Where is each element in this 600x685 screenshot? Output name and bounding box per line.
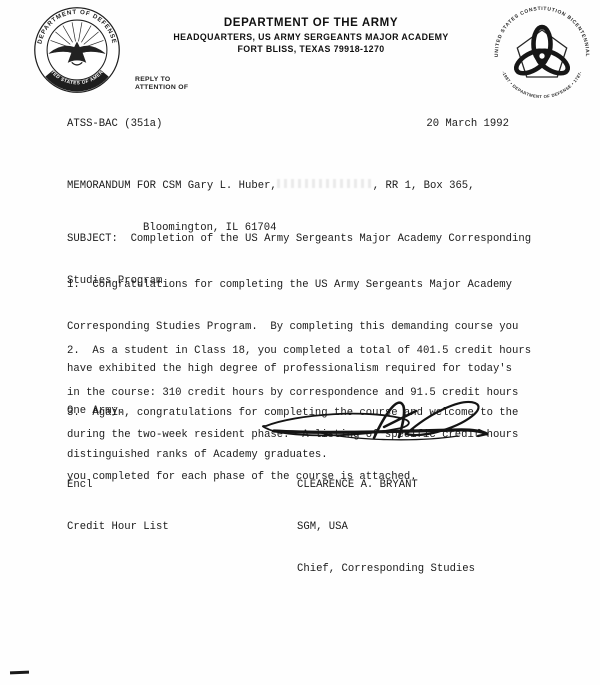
redacted-text	[277, 179, 373, 188]
enclosure-item: Credit Hour List	[67, 520, 169, 534]
letterhead-subtitle: HEADQUARTERS, US ARMY SERGEANTS MAJOR AC…	[130, 32, 492, 42]
subject-line1: SUBJECT: Completion of the US Army Serge…	[67, 232, 531, 246]
enclosure-block: Encl Credit Hour List	[67, 450, 169, 562]
letterhead-title: DEPARTMENT OF THE ARMY	[130, 17, 492, 29]
signer-name: CLEARENCE A. BRYANT	[297, 478, 475, 492]
memorandum-address1: , RR 1, Box 365,	[373, 180, 475, 192]
letterhead-address: FORT BLISS, TEXAS 79918-1270	[130, 44, 492, 54]
scan-artifact-mark	[10, 671, 29, 674]
handwritten-signature	[256, 396, 494, 452]
office-symbol: ATSS-BAC (351a)	[67, 117, 162, 131]
signature-block: CLEARENCE A. BRYANT SGM, USA Chief, Corr…	[297, 450, 475, 604]
department-of-defense-seal-icon: DEPARTMENT OF DEFENSE UNITED STATES OF A…	[33, 6, 121, 94]
signer-rank: SGM, USA	[297, 520, 475, 534]
memorandum-line1: MEMORANDUM FOR CSM Gary L. Huber,, RR 1,…	[67, 179, 475, 193]
memorandum-addressee: MEMORANDUM FOR CSM Gary L. Huber,	[67, 180, 277, 192]
letterhead: DEPARTMENT OF THE ARMY HEADQUARTERS, US …	[130, 17, 492, 54]
reference-row: ATSS-BAC (351a) 20 March 1992	[67, 117, 509, 131]
enclosure-label: Encl	[67, 478, 169, 492]
reply-to-line1: REPLY TO	[135, 76, 188, 84]
scanned-memo-page: DEPARTMENT OF DEFENSE UNITED STATES OF A…	[0, 0, 600, 685]
paragraph-1-line: 1. Congratulations for completing the US…	[67, 278, 518, 292]
letter-date: 20 March 1992	[426, 117, 509, 131]
reply-to-attention-of: REPLY TO ATTENTION OF	[135, 76, 188, 91]
pentagon-outline	[517, 30, 566, 77]
paragraph-2-line: 2. As a student in Class 18, you complet…	[67, 344, 531, 358]
reply-to-line2: ATTENTION OF	[135, 84, 188, 92]
trefoil-knot-icon	[513, 27, 572, 78]
constitution-bicentennial-seal-icon: UNITED STATES CONSTITUTION BICENTENNIAL …	[492, 4, 592, 104]
signer-title: Chief, Corresponding Studies	[297, 562, 475, 576]
